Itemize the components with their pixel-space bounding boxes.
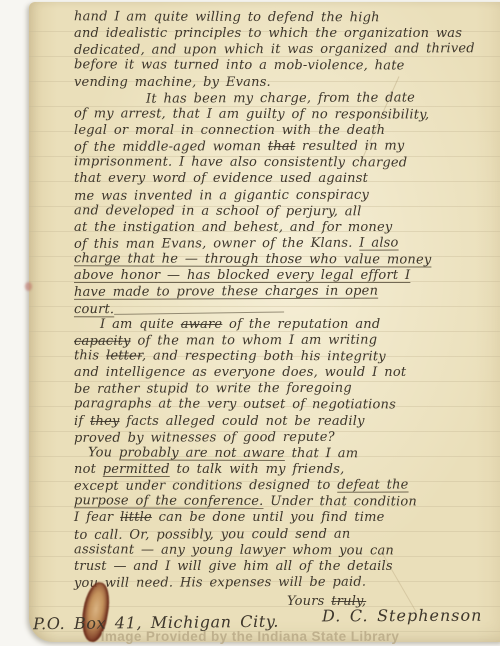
handwriting-line: above honor — has blocked every legal ef…	[74, 268, 498, 284]
handwriting-text: at the instigation and behest, and for m…	[74, 220, 392, 235]
handwriting-text: of my arrest, that I am guilty of no res…	[74, 106, 429, 122]
handwriting-text: except under conditions designed to	[74, 478, 337, 494]
handwriting-text: It has been my charge, from the date	[146, 90, 415, 106]
handwriting-line: imprisonment. I have also consistently c…	[74, 155, 498, 173]
underlined-text: I also	[359, 235, 398, 250]
handwriting-line: except under conditions designed to defe…	[74, 477, 498, 495]
handwriting-text: proved by witnesses of good repute?	[74, 429, 335, 445]
handwriting-line: of my arrest, that I am guilty of no res…	[74, 106, 498, 124]
pencil-line	[114, 299, 284, 314]
handwriting-line: It has been my charge, from the date	[74, 90, 498, 108]
handwriting-line: purpose of the conference. Under that co…	[74, 493, 498, 511]
handwriting-line: if they facts alleged could not be readi…	[74, 414, 498, 430]
handwriting-text: I am quite	[100, 317, 181, 332]
struck-text: aware	[181, 317, 223, 332]
handwriting-text: facts alleged could not be readily	[120, 414, 365, 429]
handwriting-line: I am quite aware of the reputation and	[74, 317, 498, 333]
underlined-text: permitted	[103, 462, 170, 477]
handwriting-line: and intelligence as everyone does, would…	[74, 365, 498, 381]
handwriting-line: I fear little can be done until you find…	[74, 510, 498, 526]
handwriting-text: you will need. His expenses will be paid…	[74, 575, 366, 591]
handwriting-line: that every word of evidence used against	[74, 171, 498, 187]
handwriting-text: of this man Evans, owner of the Klans.	[74, 236, 359, 252]
handwriting-text: be rather stupid to write the foregoing	[74, 381, 352, 397]
struck-text: little	[120, 510, 152, 525]
handwriting-line: proved by witnesses of good repute?	[74, 429, 498, 447]
struck-text: letter	[106, 348, 142, 363]
struck-text: that	[268, 139, 295, 154]
archive-watermark: Image Provided by the Indiana State Libr…	[101, 629, 400, 644]
handwriting-line: capacity of the man to whom I am writing	[74, 332, 498, 350]
handwriting-text: to talk with my friends,	[170, 462, 345, 477]
underlined-text: court.	[74, 301, 114, 316]
handwriting-line: you will need. His expenses will be paid…	[74, 574, 498, 592]
handwriting-line: of this man Evans, owner of the Klans. I…	[74, 235, 498, 253]
struck-text: they	[90, 414, 119, 429]
handwriting-text: if	[74, 414, 90, 429]
handwriting-text: assistant — any young lawyer whom you ca…	[74, 542, 394, 558]
handwriting-text: imprisonment. I have also consistently c…	[74, 155, 407, 171]
handwriting-text: and intelligence as everyone does, would…	[74, 365, 406, 380]
handwriting-line: to call. Or, possibly, you could send an	[74, 526, 498, 544]
underlined-text: charge that he — through those who value…	[74, 251, 431, 267]
handwriting-line: and developed in a school of perjury, al…	[74, 203, 498, 221]
handwriting-line: paragraphs at the very outset of negotia…	[74, 397, 498, 415]
handwriting-text: to call. Or, possibly, you could send an	[74, 526, 350, 542]
handwriting-line: and idealistic principles to which the o…	[74, 26, 498, 42]
handwriting-line: trust — and I will give him all of the d…	[74, 559, 498, 575]
handwriting-text: dedicated, and upon which it was organiz…	[74, 41, 475, 58]
handwriting-text: of the man to whom I am writing	[131, 332, 378, 348]
handwriting-text: of the middle-aged woman	[74, 139, 268, 155]
handwriting-text: of the reputation and	[222, 317, 380, 332]
handwriting-text: that I am	[285, 446, 358, 461]
underlined-text: have made to prove these charges in open	[74, 284, 378, 300]
handwritten-body: hand I am quite willing to defend the hi…	[74, 10, 498, 624]
handwriting-text: I fear	[74, 510, 120, 525]
handwriting-line: have made to prove these charges in open	[74, 283, 498, 301]
underlined-text: above honor — has blocked every legal ef…	[74, 268, 410, 283]
scanned-letter-page: { "document": { "kind": "Scanned handwri…	[0, 0, 500, 646]
handwriting-line: this letter, and respecting both his int…	[74, 348, 498, 366]
signature: D. C. Stephenson	[322, 608, 498, 625]
handwriting-line: assistant — any young lawyer whom you ca…	[74, 542, 498, 560]
handwriting-line: You probably are not aware that I am	[74, 445, 498, 463]
handwriting-line: legal or moral in connection with the de…	[74, 123, 498, 139]
handwriting-line: charge that he — through those who value…	[74, 251, 498, 269]
letter-lines: hand I am quite willing to defend the hi…	[74, 10, 498, 591]
underlined-text: purpose of the conference.	[74, 493, 264, 509]
handwriting-text: You	[88, 445, 119, 460]
handwriting-text: me was invented in a gigantic conspiracy	[74, 187, 369, 203]
handwriting-text: that every word of evidence used against	[74, 171, 368, 186]
handwriting-text: , and respecting both his integrity	[142, 348, 386, 364]
handwriting-line: before it was turned into a mob-violence…	[74, 58, 498, 76]
handwriting-line: not permitted to talk with my friends,	[74, 462, 498, 478]
handwriting-text: hand I am quite willing to defend the hi…	[74, 9, 380, 25]
handwriting-text: not	[74, 462, 103, 477]
handwriting-text: and developed in a school of perjury, al…	[74, 203, 362, 219]
handwriting-text: legal or moral in connection with the de…	[74, 123, 385, 138]
handwriting-text: and idealistic principles to which the o…	[74, 26, 462, 41]
handwriting-text: paragraphs at the very outset of negotia…	[74, 397, 396, 413]
handwriting-line: court.	[74, 300, 498, 318]
handwriting-line: at the instigation and behest, and for m…	[74, 220, 498, 236]
handwriting-line: hand I am quite willing to defend the hi…	[74, 9, 498, 27]
handwriting-text: before it was turned into a mob-violence…	[74, 58, 405, 74]
handwriting-line: me was invented in a gigantic conspiracy	[74, 187, 498, 205]
handwriting-text: vending machine, by Evans.	[74, 75, 271, 90]
handwriting-text: trust — and I will give him all of the d…	[74, 559, 393, 574]
underlined-text: probably are not aware	[119, 445, 285, 461]
handwriting-line: vending machine, by Evans.	[74, 75, 498, 91]
margin-mark	[25, 282, 32, 291]
struck-text: capacity	[74, 333, 131, 348]
handwriting-text: this	[74, 348, 106, 363]
handwriting-text: can be done until you find time	[152, 510, 385, 525]
handwriting-text: Under that condition	[264, 494, 418, 510]
handwriting-text: resulted in my	[295, 139, 404, 154]
underlined-text: defeat the	[337, 478, 408, 493]
